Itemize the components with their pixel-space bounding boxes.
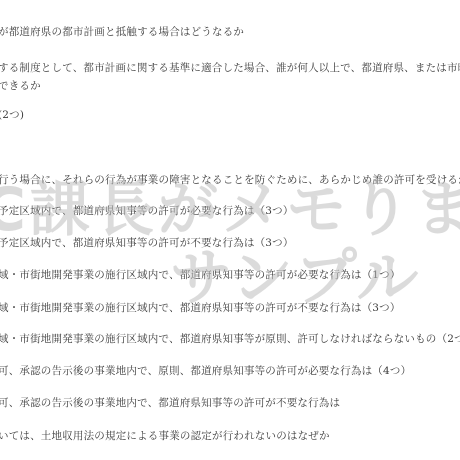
text-line-11: 可、承認の告示後の事業地内で、原則、都道府県知事等の許可が必要な行為は（4つ）	[0, 364, 411, 378]
text-line-7: 予定区域内で、都道府県知事等の許可が不要な行為は（3つ）	[0, 236, 294, 250]
text-line-12: 可、承認の告示後の事業地内で、都道府県知事等の許可が不要な行為は	[0, 396, 340, 410]
text-line-3: できるか	[0, 79, 41, 93]
text-line-6: 予定区域内で、都道府県知事等の許可が必要な行為は（3つ）	[0, 204, 294, 218]
document-page: が都道府県の都市計画と抵触する場合はどうなるか する制度として、都市計画に関する…	[0, 0, 460, 460]
text-line-10: 域・市街地開発事業の施行区域内で、都道府県知事等が原則、許可しなければならないも…	[0, 332, 460, 346]
text-line-9: 域・市街地開発事業の施行区域内で、都道府県知事等の許可が不要な行為は（3つ）	[0, 301, 401, 315]
text-line-8: 域・市街地開発事業の施行区域内で、都道府県知事等の許可が必要な行為は（1つ）	[0, 268, 401, 282]
text-line-5: 行う場合に、それらの行為が事業の障害となることを防ぐために、あらかじめ誰の許可を…	[0, 173, 460, 187]
text-line-4: (2つ)	[0, 108, 24, 122]
text-line-13: いては、土地収用法の規定による事業の認定が行われないのはなぜか	[0, 429, 330, 443]
text-line-1: が都道府県の都市計画と抵触する場合はどうなるか	[0, 25, 244, 39]
text-line-2: する制度として、都市計画に関する基準に適合した場合、誰が何人以上で、都道府県、ま…	[0, 61, 460, 75]
